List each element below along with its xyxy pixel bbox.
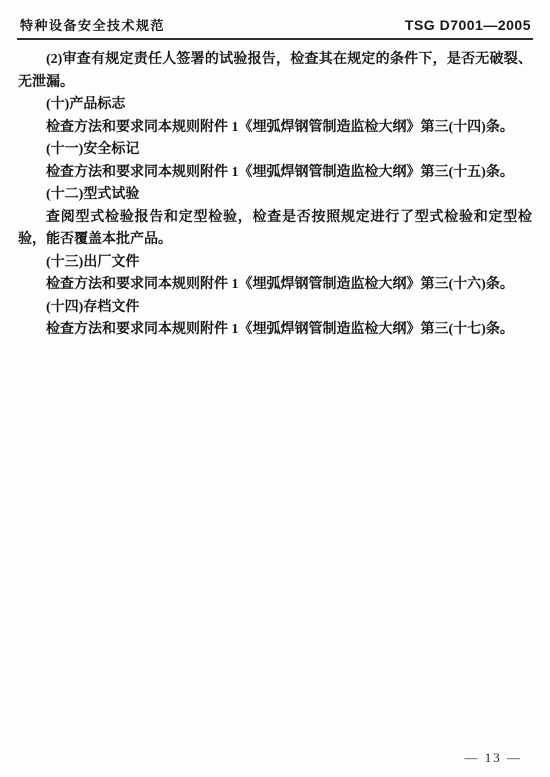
paragraph: 查阅型式检验报告和定型检验，检查是否按照规定进行了型式检验和定型检验，能否覆盖本… [18, 207, 532, 252]
paragraph: (2)审查有规定责任人签署的试验报告，检查其在规定的条件下，是否无破裂、无泄漏。 [18, 49, 532, 94]
paragraph: 检查方法和要求同本规则附件 1《埋弧焊钢管制造监检大纲》第三(十六)条。 [18, 274, 532, 297]
header-divider [17, 38, 533, 40]
page-number: — 13 — [465, 750, 523, 766]
paragraph: (十三)出厂文件 [18, 252, 532, 275]
paragraph: 检查方法和要求同本规则附件 1《埋弧焊钢管制造监检大纲》第三(十七)条。 [18, 319, 532, 342]
paragraph: 检查方法和要求同本规则附件 1《埋弧焊钢管制造监检大纲》第三(十四)条。 [18, 117, 532, 140]
paragraph: (十一)安全标记 [18, 139, 532, 162]
header-left-title: 特种设备安全技术规范 [20, 15, 165, 34]
document-page: 特种设备安全技术规范 TSG D7001—2005 (2)审查有规定责任人签署的… [0, 0, 550, 777]
paragraph: (十)产品标志 [18, 94, 532, 117]
paragraph: (十二)型式试验 [18, 184, 532, 207]
header-right-doc-number: TSG D7001—2005 [405, 17, 531, 33]
page-header: 特种设备安全技术规范 TSG D7001—2005 [20, 15, 531, 34]
paragraph: (十四)存档文件 [18, 297, 532, 320]
paragraph: 检查方法和要求同本规则附件 1《埋弧焊钢管制造监检大纲》第三(十五)条。 [18, 162, 532, 185]
document-body: (2)审查有规定责任人签署的试验报告，检查其在规定的条件下，是否无破裂、无泄漏。… [18, 49, 532, 342]
